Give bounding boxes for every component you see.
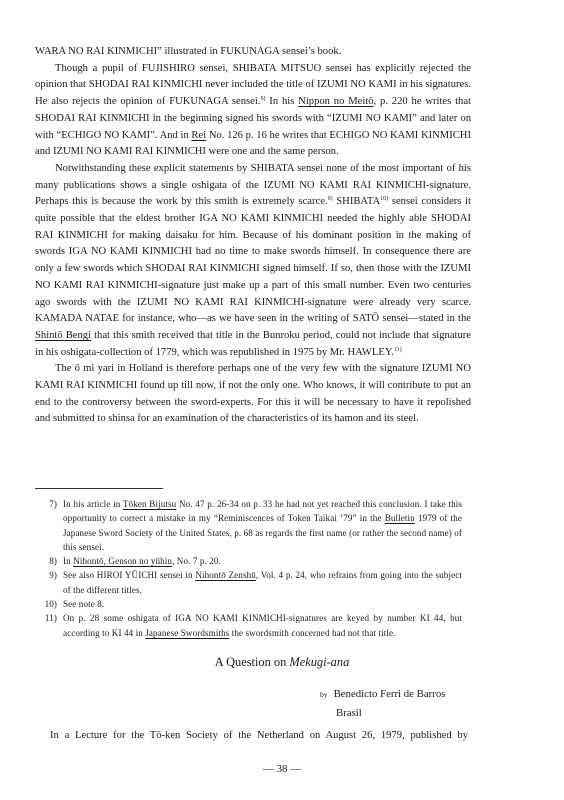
- author-country: Brasil: [320, 704, 445, 722]
- main-body-text: WARA NO RAI KINMICHI” illustrated in FUK…: [35, 44, 471, 428]
- footnote-9: 9) See also HIROI YŪICHI sensei in Nihon…: [40, 568, 462, 597]
- author-name: Benedicto Ferri de Barros: [334, 688, 446, 700]
- article-title: A Question on Mekugi-ana: [0, 655, 564, 670]
- footnote-10: 10) See note 8.: [40, 597, 462, 611]
- page-number: — 38 —: [0, 763, 564, 775]
- footnote-ref-10[interactable]: 10): [380, 196, 388, 202]
- article-byline: byBenedicto Ferri de Barros Brasil: [320, 685, 445, 722]
- paragraph-shibata-rejection: Though a pupil of FUJISHIRO sensei, SHIB…: [35, 61, 471, 161]
- book-title-nippon-no-meito: Nippon no Meitō: [298, 96, 373, 107]
- paragraph-notwithstanding: Notwithstanding these explicit statement…: [35, 161, 471, 361]
- journal-title-rei: Rei: [191, 130, 206, 141]
- footnotes: 7) In his article in Tōken Bijutsu No. 4…: [40, 497, 462, 640]
- footnote-11: 11) On p. 28 some oshigata of IGA NO KAM…: [40, 611, 462, 640]
- footnote-divider: [35, 488, 163, 489]
- paragraph-continuation: WARA NO RAI KINMICHI” illustrated in FUK…: [35, 44, 471, 61]
- footnote-7: 7) In his article in Tōken Bijutsu No. 4…: [40, 497, 462, 554]
- footnote-ref-11[interactable]: 11): [394, 347, 402, 353]
- book-title-shinto-bengi: Shintō Bengi: [35, 330, 91, 341]
- paragraph-omi-yari: The ō mi yari in Holland is therefore pe…: [35, 361, 471, 428]
- footnote-8: 8) In Nihontō, Genson no yūhin, No. 7 p.…: [40, 554, 462, 568]
- article-lead-paragraph: In a Lecture for the Tō-ken Society of t…: [50, 730, 468, 741]
